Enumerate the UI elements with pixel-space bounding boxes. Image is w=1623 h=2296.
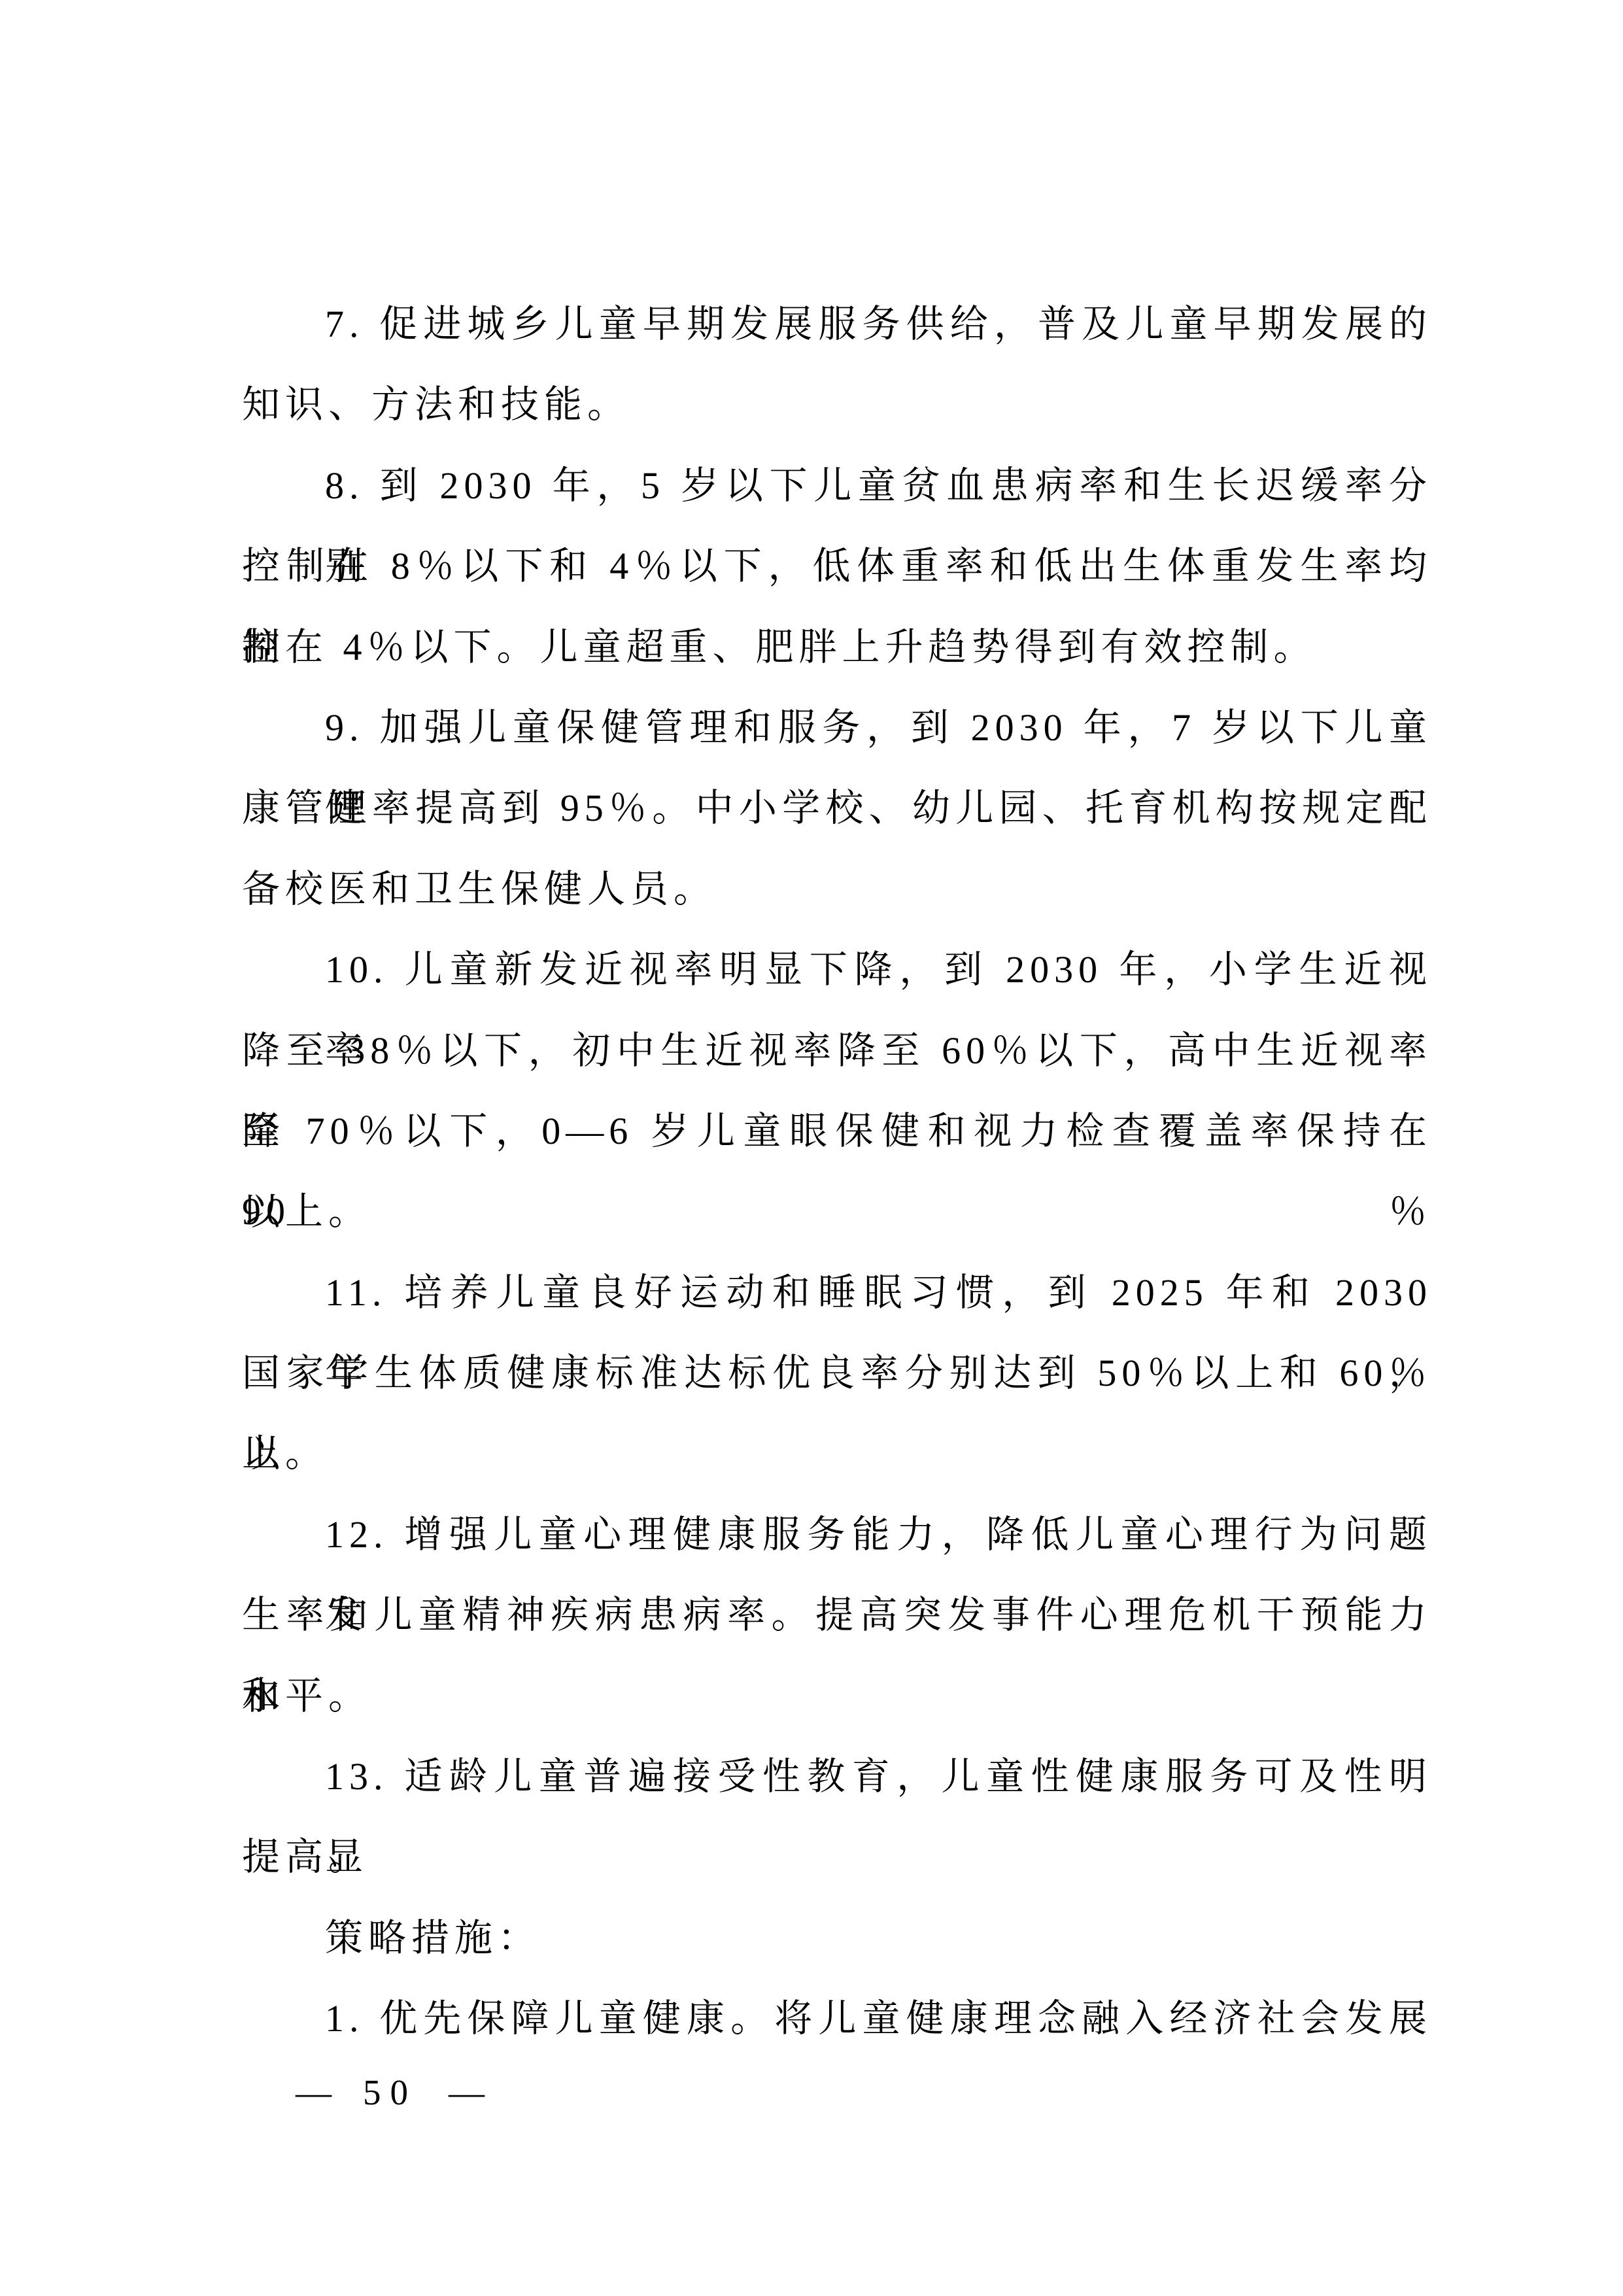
text-line: 水平。 [242,1656,1432,1736]
page-footer: — 50 — [296,2072,485,2113]
text-line: 康管理率提高到 95％。中小学校、幼儿园、托育机构按规定配 [242,768,1432,848]
document-page: 7. 促进城乡儿童早期发展服务供给，普及儿童早期发展的 知识、方法和技能。 8.… [0,0,1623,2296]
text-line: 国家学生体质健康标准达标优良率分别达到 50％以上和 60％以 [242,1333,1432,1413]
document-body: 7. 促进城乡儿童早期发展服务供给，普及儿童早期发展的 知识、方法和技能。 8.… [242,284,1432,2059]
text-line: 生率和儿童精神疾病患病率。提高突发事件心理危机干预能力和 [242,1575,1432,1655]
text-line: 控制在 8％以下和 4％以下，低体重率和低出生体重发生率均控 [242,526,1432,606]
text-line: 8. 到 2030 年，5 岁以下儿童贫血患病率和生长迟缓率分别 [242,445,1432,526]
text-line: 知识、方法和技能。 [242,364,1432,445]
page-number: 50 [363,2072,417,2113]
text-line: 制在 4％以下。儿童超重、肥胖上升趋势得到有效控制。 [242,607,1432,687]
text-line: 11. 培养儿童良好运动和睡眠习惯，到 2025 年和 2030 年， [242,1252,1432,1333]
section-heading-line: 策略措施： [242,1898,1432,1978]
text-line: 提高。 [242,1817,1432,1897]
footer-dash-right: — [449,2072,485,2113]
text-line: 备校医和卫生保健人员。 [242,849,1432,929]
text-line: 1. 优先保障儿童健康。将儿童健康理念融入经济社会发展 [242,1978,1432,2059]
text-line: 10. 儿童新发近视率明显下降，到 2030 年，小学生近视率 [242,929,1432,1010]
text-line: 12. 增强儿童心理健康服务能力，降低儿童心理行为问题发 [242,1494,1432,1575]
text-line: 13. 适龄儿童普遍接受性教育，儿童性健康服务可及性明显 [242,1736,1432,1817]
text-line: 降至 38％以下，初中生近视率降至 60％以下，高中生近视率降 [242,1010,1432,1091]
text-line: 9. 加强儿童保健管理和服务，到 2030 年，7 岁以下儿童健 [242,687,1432,768]
text-line: 上。 [242,1413,1432,1494]
text-line: 至 70％以下，0—6 岁儿童眼保健和视力检查覆盖率保持在 90％ [242,1091,1432,1171]
footer-dash-left: — [296,2072,332,2113]
text-line: 7. 促进城乡儿童早期发展服务供给，普及儿童早期发展的 [242,284,1432,364]
